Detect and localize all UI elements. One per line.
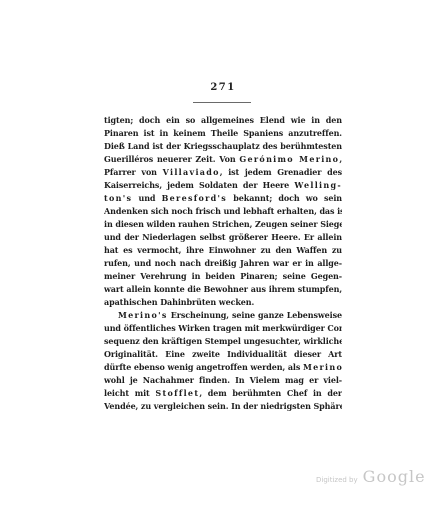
text-line: Dieß Land ist der Kriegsschauplatz des b… — [104, 140, 342, 153]
emphasized-name-segment: Beresford's — [162, 193, 228, 203]
text-line: rufen, und noch nach dreißig Jahren war … — [104, 257, 342, 270]
text-segment: leicht mit — [104, 388, 155, 398]
text-segment: tigten; doch ein so allgemeines Elend wi… — [104, 115, 342, 125]
text-line: Originalität. Eine zweite Individualität… — [104, 348, 342, 361]
text-segment: apathischen Dahinbrüten wecken. — [104, 297, 254, 307]
text-line: und öffentliches Wirken tragen mit merkw… — [104, 322, 342, 335]
emphasized-name-segment: Gerónimo Merino — [239, 154, 339, 164]
text-line: ton's und Beresford's bekannt; doch wo s… — [104, 192, 342, 205]
text-segment: dürfte ebenso wenig angetroffen werden, … — [104, 362, 303, 372]
text-line: in diesen wilden rauhen Strichen, Zeugen… — [104, 218, 342, 231]
text-line: dürfte ebenso wenig angetroffen werden, … — [104, 361, 342, 374]
text-line: meiner Verehrung in beiden Pinaren; sein… — [104, 270, 342, 283]
text-line: wohl je Nachahmer finden. In Vielem mag … — [104, 374, 342, 387]
text-segment: Erscheinung, seine ganze Lebensweise — [168, 310, 342, 320]
emphasized-name-segment: Merino's — [118, 310, 168, 320]
text-line: Merino's Erscheinung, seine ganze Lebens… — [104, 309, 342, 322]
text-segment: , ist jedem Grenadier des — [220, 167, 342, 177]
text-segment: und öffentliches Wirken tragen mit merkw… — [104, 323, 342, 333]
text-segment: sequenz den kräftigen Stempel ungesuchte… — [104, 336, 342, 346]
page-number: 271 — [104, 82, 342, 93]
text-line: hat es vermocht, ihre Einwohner zu den W… — [104, 244, 342, 257]
text-line: Pinaren ist in keinem Theile Spaniens an… — [104, 127, 342, 140]
text-segment: Pfarrer von — [104, 167, 163, 177]
text-line: Guerilléros neuerer Zeit. Von Gerónimo M… — [104, 153, 342, 166]
emphasized-name-segment: Villaviado — [163, 167, 220, 177]
watermark-prefix: Digitized by — [316, 476, 358, 484]
watermark: Digitized by Google — [316, 467, 426, 486]
text-segment: Vendée, zu vergleichen sein. In der nied… — [104, 401, 342, 411]
text-line: Kaiserreichs, jedem Soldaten der Heere W… — [104, 179, 342, 192]
text-segment: hat es vermocht, ihre Einwohner zu den W… — [104, 245, 342, 255]
text-line: Vendée, zu vergleichen sein. In der nied… — [104, 400, 342, 413]
text-segment: bekannt; doch wo sein — [227, 193, 342, 203]
text-segment: Guerilléros neuerer Zeit. Von — [104, 154, 239, 164]
text-line: sequenz den kräftigen Stempel ungesuchte… — [104, 335, 342, 348]
text-segment: und der Niederlagen selbst größerer Heer… — [104, 232, 342, 242]
text-segment: wart allein konnte die Bewohner aus ihre… — [104, 284, 342, 294]
emphasized-name-segment: Stofflet — [155, 388, 199, 398]
text-segment: meiner Verehrung in beiden Pinaren; sein… — [104, 271, 342, 281]
text-segment: rufen, und noch nach dreißig Jahren war … — [104, 258, 342, 268]
text-line: tigten; doch ein so allgemeines Elend wi… — [104, 114, 342, 127]
text-line: und der Niederlagen selbst größerer Heer… — [104, 231, 342, 244]
text-segment: , dem berühmten Chef in der — [199, 388, 342, 398]
emphasized-name-segment: Welling- — [294, 180, 342, 190]
text-segment: , — [339, 154, 342, 164]
emphasized-name-segment: Merino — [303, 362, 342, 372]
text-line: Pfarrer von Villaviado, ist jedem Grenad… — [104, 166, 342, 179]
text-segment: in diesen wilden rauhen Strichen, Zeugen… — [104, 219, 342, 229]
text-segment: Originalität. Eine zweite Individualität… — [104, 349, 342, 359]
text-segment: Andenken sich noch frisch und lebhaft er… — [104, 206, 342, 216]
text-line: Andenken sich noch frisch und lebhaft er… — [104, 205, 342, 218]
page-number-rule — [193, 102, 251, 103]
emphasized-name-segment: ton's — [104, 193, 132, 203]
google-logo: Google — [363, 467, 426, 486]
text-line: leicht mit Stofflet, dem berühmten Chef … — [104, 387, 342, 400]
text-line: apathischen Dahinbrüten wecken. — [104, 296, 342, 309]
text-block: tigten; doch ein so allgemeines Elend wi… — [104, 114, 342, 413]
text-segment: Dieß Land ist der Kriegsschauplatz des b… — [104, 141, 342, 151]
text-segment: Pinaren ist in keinem Theile Spaniens an… — [104, 128, 342, 138]
text-segment: wohl je Nachahmer finden. In Vielem mag … — [104, 375, 342, 385]
text-segment: und — [132, 193, 161, 203]
text-line: wart allein konnte die Bewohner aus ihre… — [104, 283, 342, 296]
text-segment: Kaiserreichs, jedem Soldaten der Heere — [104, 180, 294, 190]
